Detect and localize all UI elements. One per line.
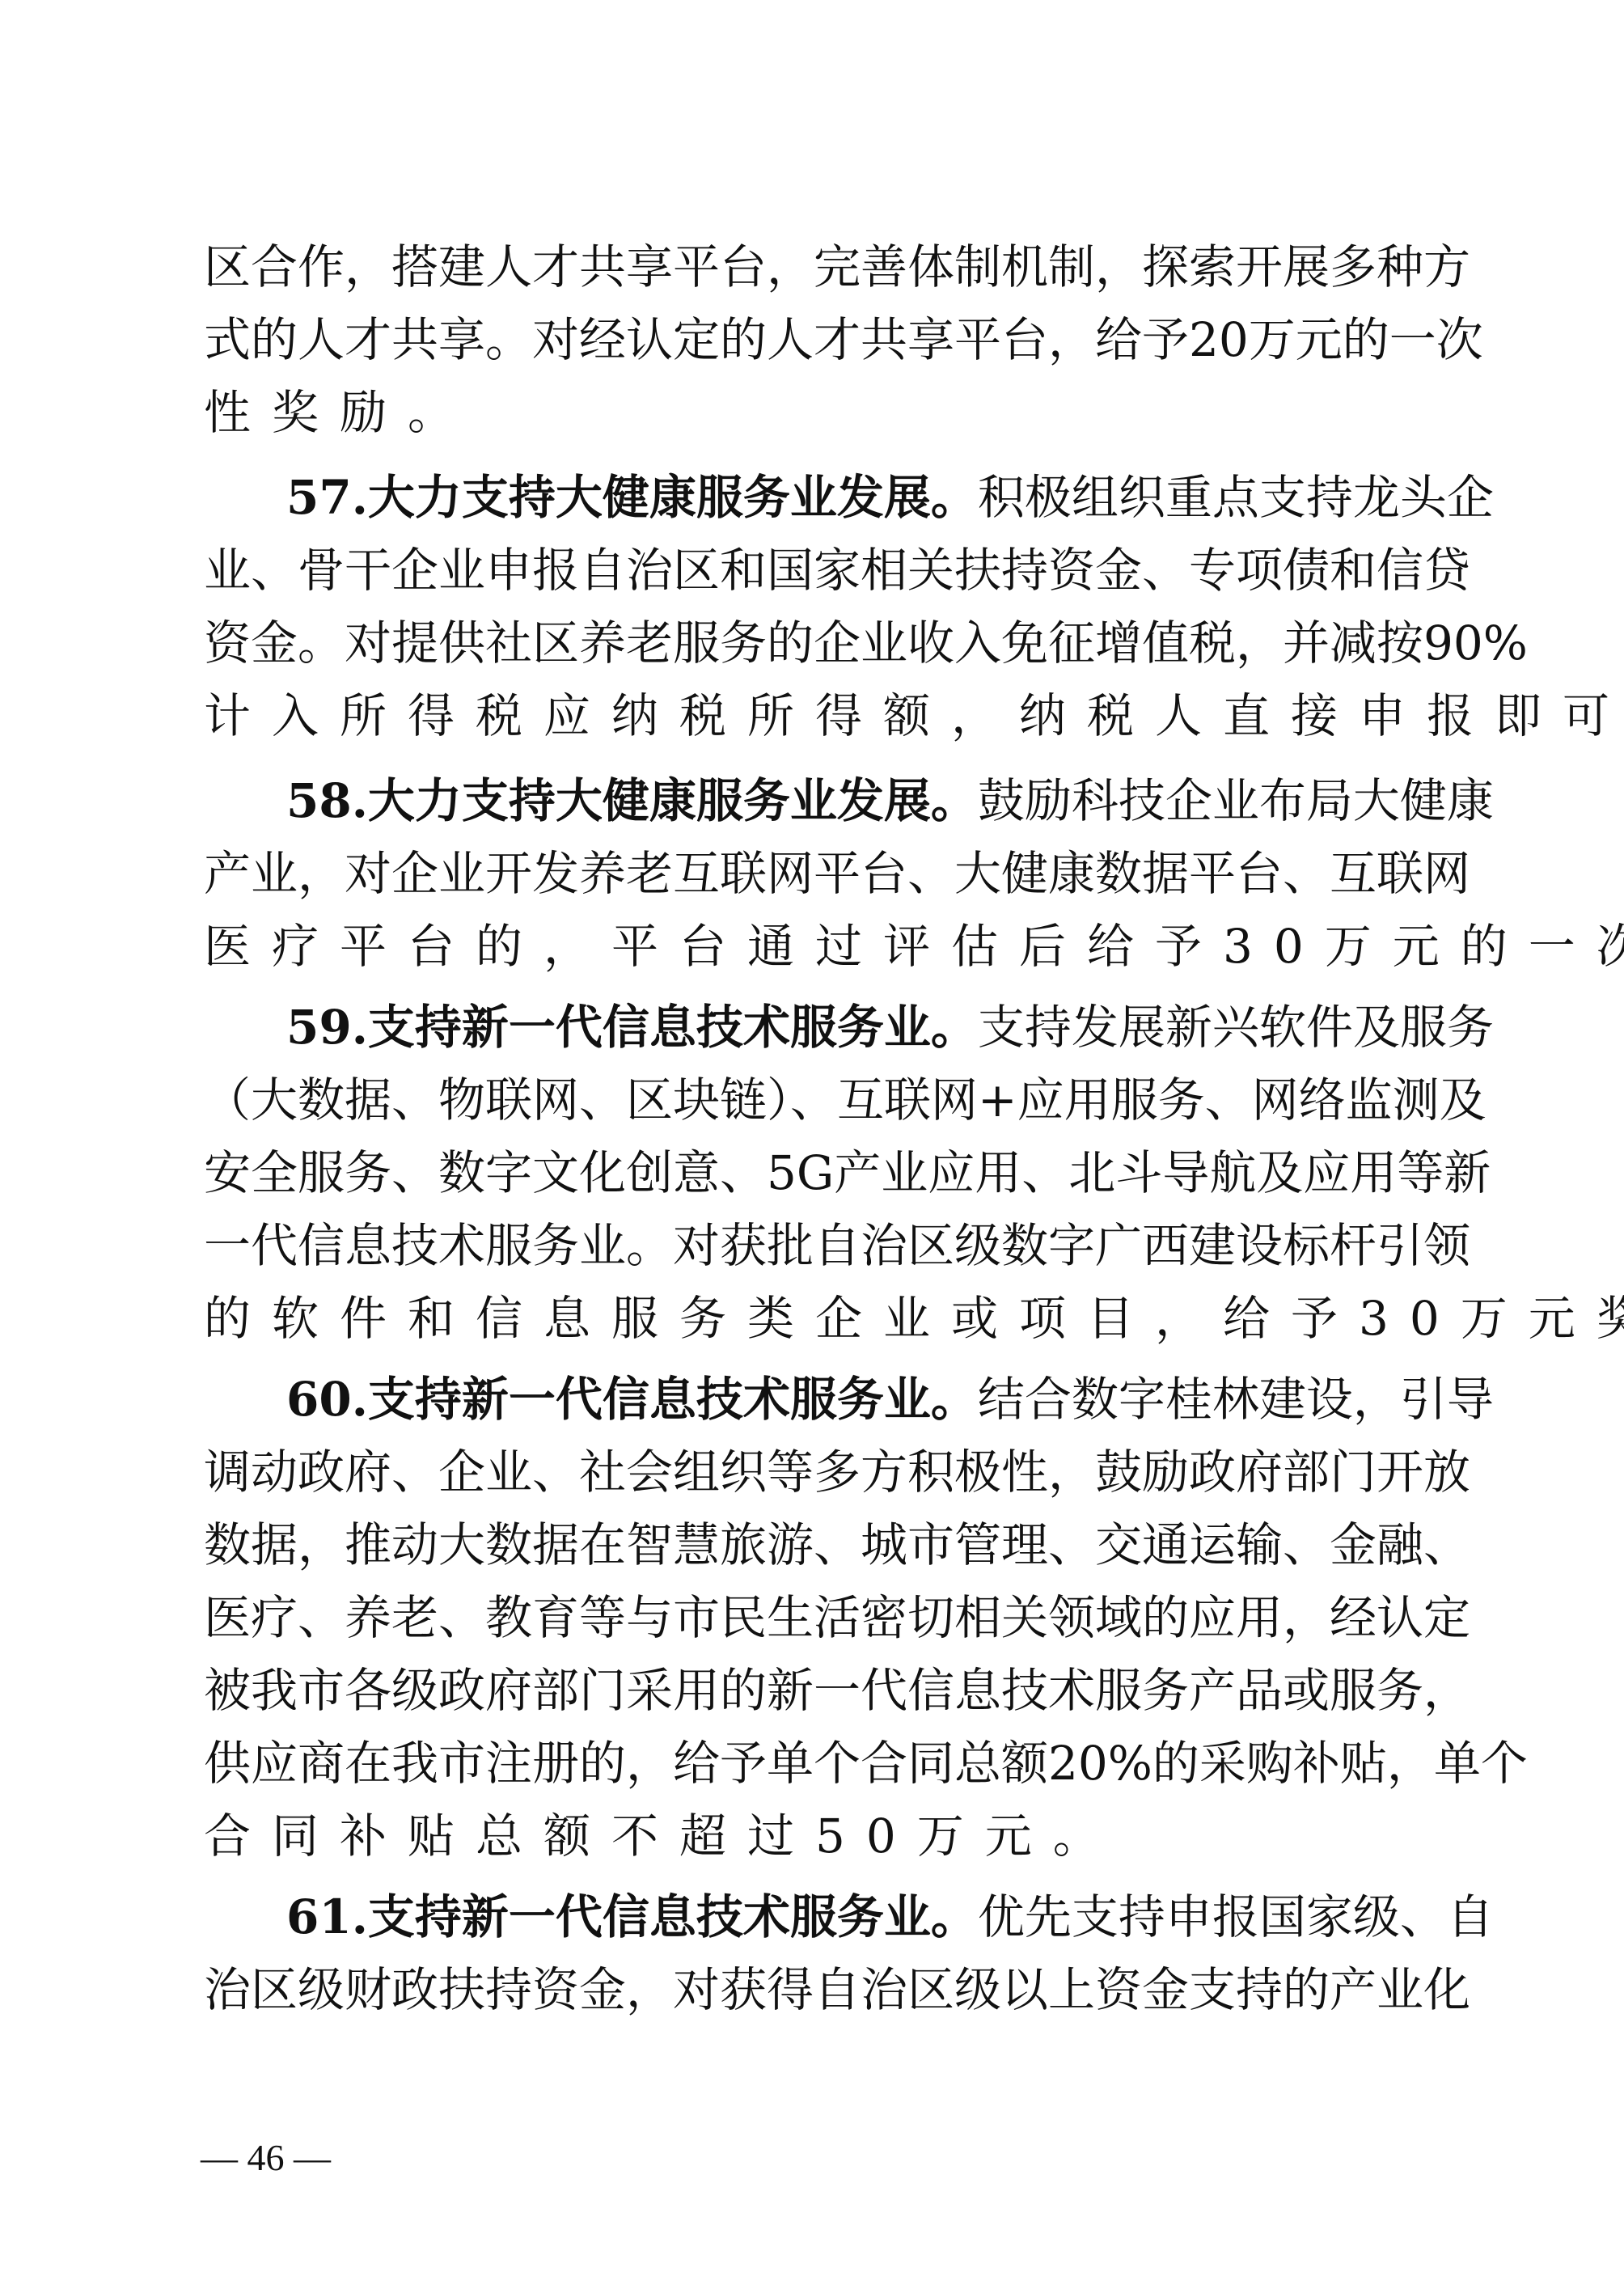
paragraph-line: 调动政府、企业、社会组织等多方积极性，鼓励政府部门开放 xyxy=(204,1440,1436,1504)
paragraph-line: 一代信息技术服务业。对获批自治区级数字广西建设标杆引领 xyxy=(204,1213,1436,1278)
page-number: — 46 — xyxy=(201,2134,331,2182)
paragraph-line: 性奖励。 xyxy=(204,380,1436,445)
paragraph-line: 合同补贴总额不超过50万元。 xyxy=(204,1804,1436,1868)
paragraph-line: 计入所得税应纳税所得额，纳税人直接申报即可享受。 xyxy=(204,683,1436,748)
paragraph-line: 业、骨干企业申报自治区和国家相关扶持资金、专项债和信贷 xyxy=(204,538,1436,603)
paragraph-line: （大数据、物联网、区块链）、互联网+应用服务、网络监测及 xyxy=(204,1068,1436,1132)
document-page: 区合作，搭建人才共享平台，完善体制机制，探索开展多种方 式的人才共享。对经认定的… xyxy=(0,0,1624,2293)
paragraph-line: 安全服务、数字文化创意、5G产业应用、北斗导航及应用等新 xyxy=(204,1140,1436,1205)
paragraph-line: 医疗、养老、教育等与市民生活密切相关领域的应用，经认定 xyxy=(204,1585,1436,1650)
paragraph-line: 资金。对提供社区养老服务的企业收入免征增值税，并减按90% xyxy=(204,611,1436,675)
item-61-first-line: 61.支持新一代信息技术服务业。优先支持申报国家级、自 xyxy=(286,1885,1436,1949)
item-60-heading: 60.支持新一代信息技术服务业。 xyxy=(286,1372,978,1427)
item-58-first-line: 58.大力支持大健康服务业发展。鼓励科技企业布局大健康 xyxy=(286,768,1436,833)
paragraph-line: 医疗平台的，平台通过评估后给予30万元的一次性奖励。 xyxy=(204,914,1436,979)
paragraph-line: 式的人才共享。对经认定的人才共享平台，给予20万元的一次 xyxy=(204,307,1436,372)
item-60-first-line: 60.支持新一代信息技术服务业。结合数字桂林建设，引导 xyxy=(286,1367,1436,1432)
paragraph-line: 被我市各级政府部门采用的新一代信息技术服务产品或服务， xyxy=(204,1658,1436,1723)
paragraph-line: 治区级财政扶持资金，对获得自治区级以上资金支持的产业化 xyxy=(204,1957,1436,2022)
paragraph-line: 数据，推动大数据在智慧旅游、城市管理、交通运输、金融、 xyxy=(204,1512,1436,1577)
item-59-heading: 59.支持新一代信息技术服务业。 xyxy=(286,1000,978,1055)
item-61-heading: 61.支持新一代信息技术服务业。 xyxy=(286,1889,978,1944)
item-58-heading: 58.大力支持大健康服务业发展。 xyxy=(286,773,978,828)
item-57-heading: 57.大力支持大健康服务业发展。 xyxy=(286,470,978,525)
paragraph-line: 供应商在我市注册的，给予单个合同总额20%的采购补贴，单个 xyxy=(204,1731,1436,1796)
paragraph-line: 区合作，搭建人才共享平台，完善体制机制，探索开展多种方 xyxy=(204,235,1436,299)
paragraph-line: 的软件和信息服务类企业或项目，给予30万元奖励。 xyxy=(204,1286,1436,1351)
item-59-first-line: 59.支持新一代信息技术服务业。支持发展新兴软件及服务 xyxy=(286,995,1436,1060)
paragraph-line: 产业，对企业开发养老互联网平台、大健康数据平台、互联网 xyxy=(204,841,1436,906)
item-57-first-line: 57.大力支持大健康服务业发展。积极组织重点支持龙头企 xyxy=(286,465,1436,530)
